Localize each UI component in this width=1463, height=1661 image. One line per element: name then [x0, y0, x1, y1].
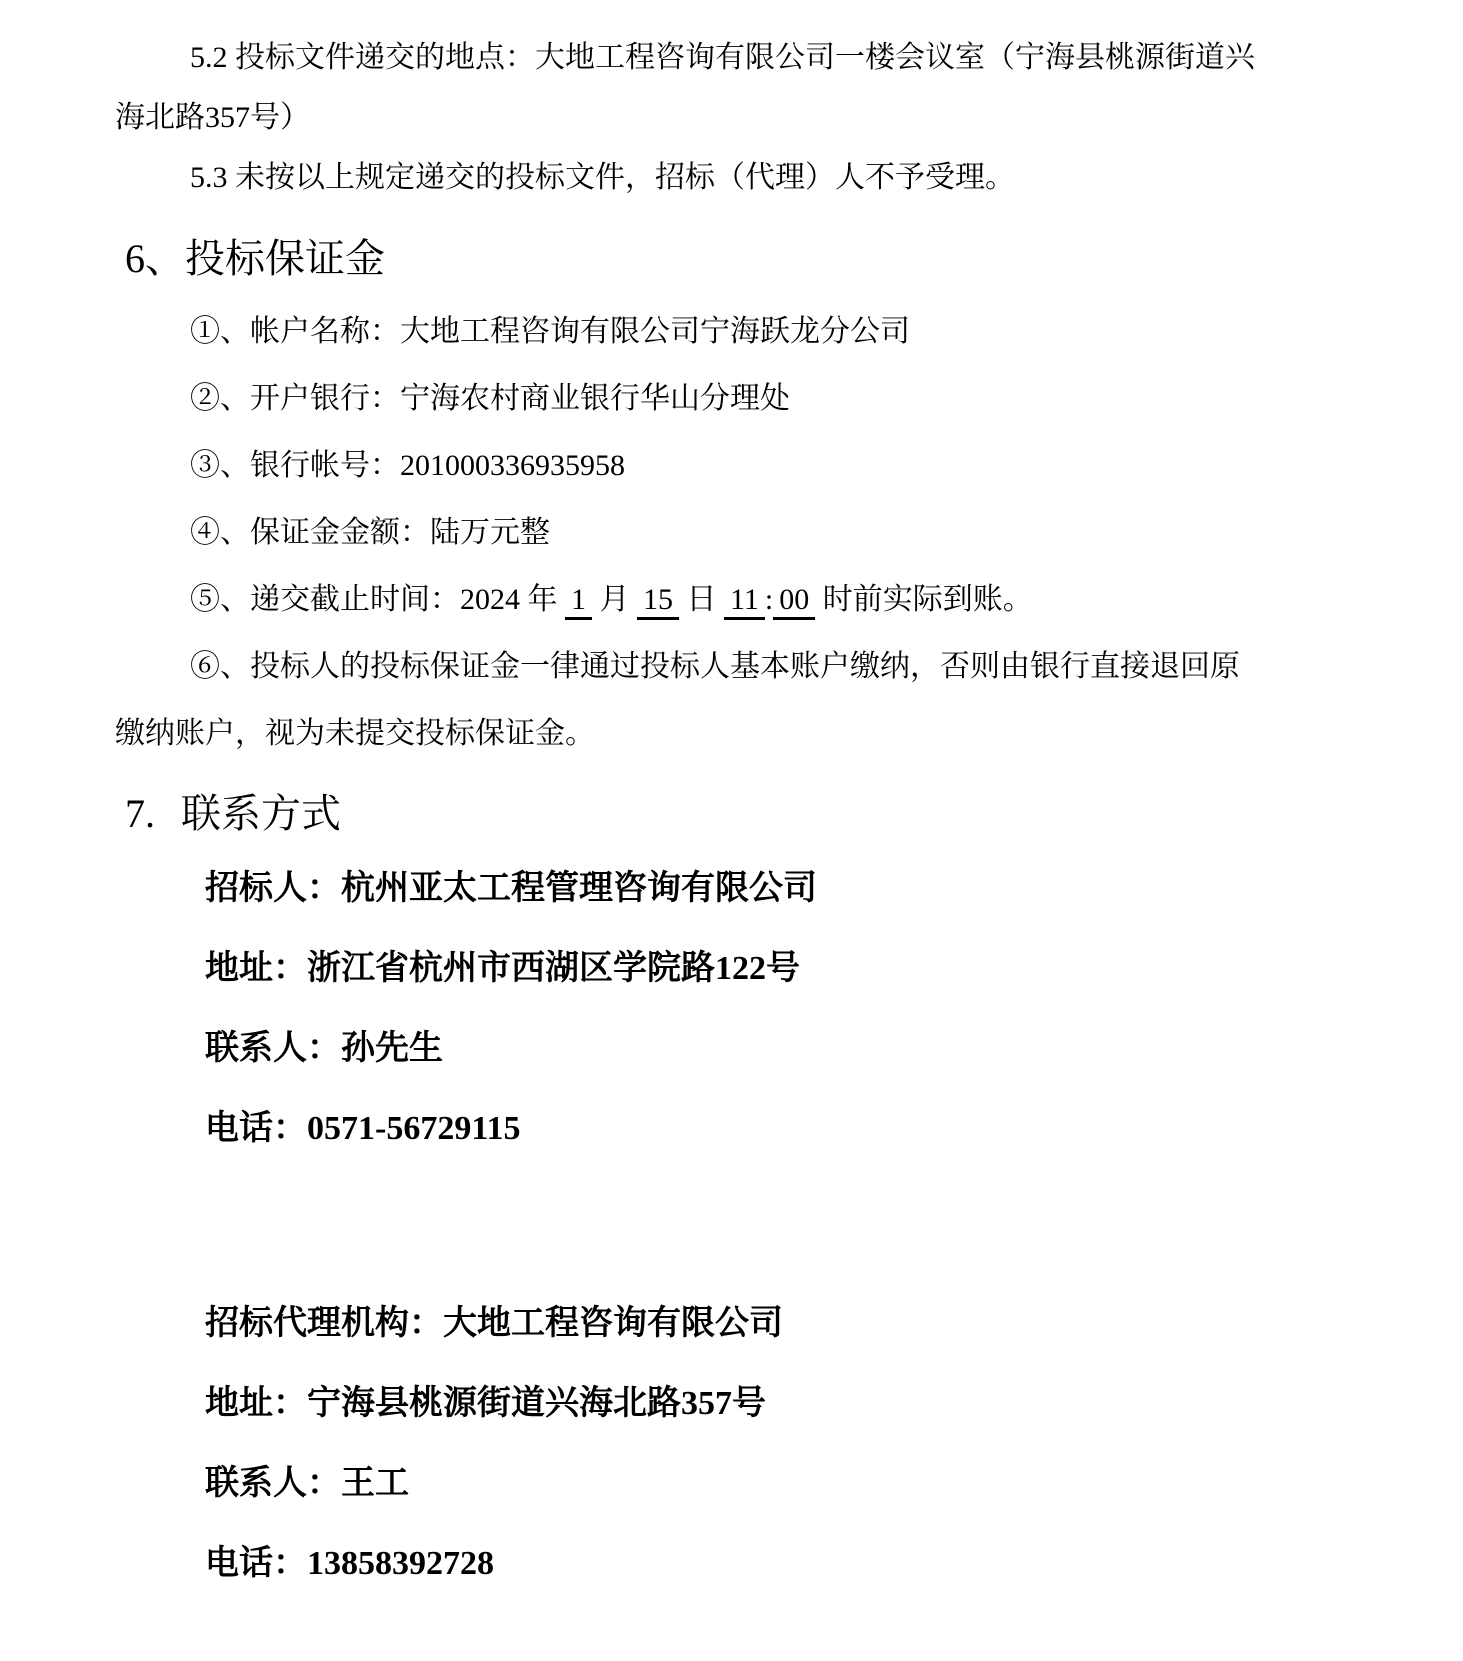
section-7-heading: 7.联系方式: [125, 789, 1385, 839]
document-page: 5.2 投标文件递交的地点：大地工程咨询有限公司一楼会议室（宁海县桃源街道兴海北…: [0, 0, 1463, 1661]
deadline-month-label: 月: [592, 583, 637, 616]
agency-address: 地址：宁海县桃源街道兴海北路357号: [205, 1364, 1385, 1444]
agency-contact-person: 联系人：王工: [205, 1444, 1385, 1524]
deadline-minute-value: 00: [773, 583, 815, 620]
deadline-hour-value: 11: [724, 583, 765, 620]
tenderer-name: 招标人：杭州亚太工程管理咨询有限公司: [205, 849, 1385, 929]
tenderer-phone: 电话：0571-56729115: [205, 1089, 1385, 1169]
deposit-info-list: ①、帐户名称：大地工程咨询有限公司宁海跃龙分公司 ②、开户银行：宁海农村商业银行…: [115, 298, 1385, 767]
deposit-payment-rule: ⑥、投标人的投标保证金一律通过投标人基本账户缴纳，否则由银行直接退回原缴纳账户，…: [115, 633, 1255, 767]
clause-5-3: 5.3 未按以上规定递交的投标文件，招标（代理）人不予受理。: [115, 148, 1255, 208]
deadline-time-colon: :: [765, 583, 773, 616]
tenderer-contact-person: 联系人：孙先生: [205, 1009, 1385, 1089]
deposit-bank-name: ②、开户银行：宁海农村商业银行华山分理处: [115, 365, 1255, 432]
deadline-prefix: ⑤、递交截止时间：2024 年: [190, 583, 565, 616]
clause-5-2: 5.2 投标文件递交的地点：大地工程咨询有限公司一楼会议室（宁海县桃源街道兴海北…: [115, 28, 1255, 148]
section-7-title: 联系方式: [181, 791, 341, 836]
deadline-day-value: 15: [637, 583, 679, 620]
deposit-amount: ④、保证金金额：陆万元整: [115, 499, 1255, 566]
deadline-suffix: 时前实际到账。: [815, 583, 1033, 616]
deposit-account-name: ①、帐户名称：大地工程咨询有限公司宁海跃龙分公司: [115, 298, 1255, 365]
agency-name: 招标代理机构：大地工程咨询有限公司: [205, 1284, 1385, 1364]
section-6-heading: 6、投标保证金: [125, 234, 1385, 284]
deadline-month-value: 1: [565, 583, 592, 620]
agency-phone: 电话：13858392728: [205, 1524, 1385, 1604]
tenderer-contact-block: 招标人：杭州亚太工程管理咨询有限公司 地址：浙江省杭州市西湖区学院路122号 联…: [205, 849, 1385, 1169]
tenderer-address: 地址：浙江省杭州市西湖区学院路122号: [205, 929, 1385, 1009]
deposit-deadline: ⑤、递交截止时间：2024 年 1 月 15 日 11:00 时前实际到账。: [115, 566, 1255, 633]
section-7-number: 7.: [125, 791, 155, 836]
agency-contact-block: 招标代理机构：大地工程咨询有限公司 地址：宁海县桃源街道兴海北路357号 联系人…: [205, 1284, 1385, 1604]
deposit-account-number: ③、银行帐号：201000336935958: [115, 432, 1255, 499]
deadline-day-label: 日: [679, 583, 724, 616]
